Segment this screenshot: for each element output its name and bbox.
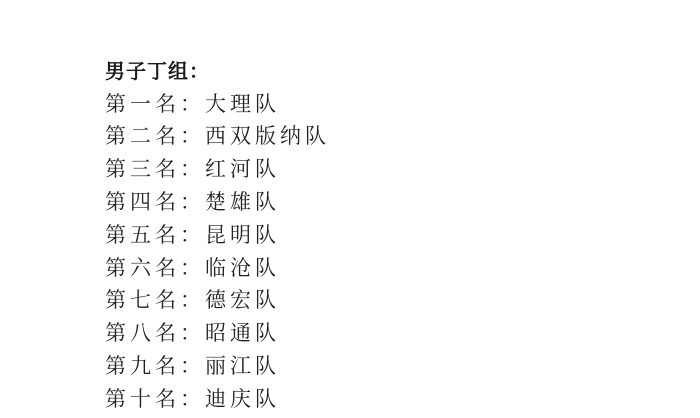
list-item: 第三名：红河队 xyxy=(105,152,330,185)
list-item: 第一名：大理队 xyxy=(105,86,330,119)
ranking-item-3: 第三名：红河队 xyxy=(105,153,280,183)
list-item: 第十名：迪庆队 xyxy=(105,381,330,414)
ranking-item-8: 第八名：昭通队 xyxy=(105,317,280,347)
heading-row: 男子丁组： xyxy=(105,54,330,87)
ranking-item-5: 第五名：昆明队 xyxy=(105,219,280,249)
list-item: 第八名：昭通队 xyxy=(105,316,330,349)
group-heading: 男子丁组： xyxy=(105,55,210,84)
list-item: 第二名：西双版纳队 xyxy=(105,119,330,152)
ranking-item-1: 第一名：大理队 xyxy=(105,88,280,118)
ranking-item-4: 第四名：楚雄队 xyxy=(105,186,280,216)
ranking-item-6: 第六名：临沧队 xyxy=(105,252,280,282)
list-item: 第四名：楚雄队 xyxy=(105,185,330,218)
list-item: 第五名：昆明队 xyxy=(105,217,330,250)
list-item: 第七名：德宏队 xyxy=(105,283,330,316)
list-item: 第九名：丽江队 xyxy=(105,349,330,382)
ranking-item-9: 第九名：丽江队 xyxy=(105,350,280,380)
ranking-list: 男子丁组： 第一名：大理队 第二名：西双版纳队 第三名：红河队 第四名：楚雄队 … xyxy=(105,54,330,415)
list-item: 第六名：临沧队 xyxy=(105,250,330,283)
ranking-item-7: 第七名：德宏队 xyxy=(105,284,280,314)
ranking-item-2: 第二名：西双版纳队 xyxy=(105,120,330,150)
ranking-item-10: 第十名：迪庆队 xyxy=(105,383,280,413)
